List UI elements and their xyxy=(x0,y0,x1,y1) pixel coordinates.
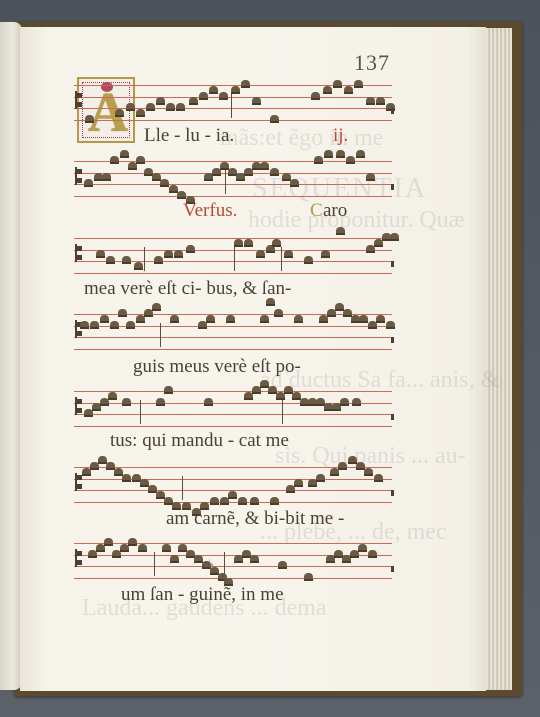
neume-note xyxy=(108,392,117,400)
neume-note xyxy=(134,262,143,270)
neume-note xyxy=(226,315,235,323)
neume-note xyxy=(364,468,373,476)
neume-note xyxy=(204,398,213,406)
neume-note xyxy=(260,315,269,323)
neume-note xyxy=(354,80,363,88)
neume-note xyxy=(206,315,215,323)
neume-note xyxy=(166,103,175,111)
neume-note xyxy=(177,191,186,199)
c-clef-icon xyxy=(75,167,83,185)
lyric-text: Verfus. xyxy=(183,200,237,222)
neume-note xyxy=(268,386,277,394)
staff-5 xyxy=(74,391,392,427)
neume-note xyxy=(110,321,119,329)
neume-note xyxy=(126,103,135,111)
neume-note xyxy=(304,573,313,581)
neume-note xyxy=(209,86,218,94)
bar-line xyxy=(231,94,232,118)
neume-note xyxy=(278,561,287,569)
staff-6 xyxy=(74,467,392,503)
neume-note xyxy=(162,544,171,552)
lyric-text: guis meus verè eſt po- xyxy=(133,356,301,378)
staff-7: ♭ xyxy=(74,543,392,579)
custos-icon xyxy=(391,414,394,420)
page-edges xyxy=(482,28,512,690)
staff-1 xyxy=(74,85,392,121)
neume-note xyxy=(304,256,313,264)
neume-note xyxy=(84,179,93,187)
neume-note xyxy=(274,309,283,317)
lyric-text: am carnẽ, & bi-bit me - xyxy=(166,508,344,530)
neume-note xyxy=(316,474,325,482)
neume-note xyxy=(126,321,135,329)
neume-note xyxy=(284,250,293,258)
neume-note xyxy=(122,256,131,264)
bar-line xyxy=(182,476,183,500)
folio-number: 137 xyxy=(354,50,390,76)
lyric-text: um ſan - guinẽ, in me xyxy=(121,584,284,606)
neume-note xyxy=(138,544,147,552)
staff-line xyxy=(74,414,392,415)
neume-note xyxy=(118,309,127,317)
neume-note xyxy=(210,497,219,505)
bar-line xyxy=(144,247,145,271)
show-through-text: sis. Qui panis ... au- xyxy=(275,443,466,470)
neume-note xyxy=(340,398,349,406)
staff-line xyxy=(74,120,392,121)
staff-line xyxy=(74,161,392,162)
neume-note xyxy=(160,179,169,187)
staff-line xyxy=(74,273,392,274)
neume-note xyxy=(170,315,179,323)
staff-line xyxy=(74,566,392,567)
c-clef-icon xyxy=(75,91,83,109)
neume-note xyxy=(311,92,320,100)
neume-note xyxy=(120,150,129,158)
neume-note xyxy=(176,103,185,111)
neume-note xyxy=(292,392,301,400)
staff-line xyxy=(74,502,392,503)
neume-note xyxy=(100,315,109,323)
bar-line xyxy=(234,247,235,271)
neume-note xyxy=(170,555,179,563)
neume-note xyxy=(356,150,365,158)
neume-note xyxy=(80,321,89,329)
neume-note xyxy=(244,239,253,247)
neume-note xyxy=(386,321,395,329)
c-clef-icon xyxy=(75,397,83,415)
lyric-text: C xyxy=(310,200,323,222)
neume-note xyxy=(152,303,161,311)
lyric-text: ij. xyxy=(333,125,348,147)
show-through-text: mãs:et ẽgo in me xyxy=(220,125,383,152)
neume-note xyxy=(85,115,94,123)
neume-note xyxy=(106,462,115,470)
bar-line xyxy=(281,247,282,271)
neume-note xyxy=(136,109,145,117)
neume-note xyxy=(178,544,187,552)
staff-line xyxy=(74,184,392,185)
neume-note xyxy=(154,256,163,264)
custos-icon xyxy=(391,566,394,572)
neume-note xyxy=(102,173,111,181)
staff-4 xyxy=(74,314,392,350)
neume-note xyxy=(164,386,173,394)
neume-note xyxy=(390,233,399,241)
neume-note xyxy=(333,80,342,88)
neume-note xyxy=(321,250,330,258)
neume-note xyxy=(96,250,105,258)
neume-note xyxy=(169,185,178,193)
neume-note xyxy=(122,398,131,406)
neume-note xyxy=(115,109,124,117)
flat-sign-icon: ♭ xyxy=(208,557,214,572)
show-through-text: hodie proponitur. Quæ xyxy=(248,207,465,234)
bar-line xyxy=(140,400,141,424)
neume-note xyxy=(199,92,208,100)
neume-note xyxy=(114,468,123,476)
neume-note xyxy=(356,462,365,470)
bar-line xyxy=(154,552,155,576)
neume-note xyxy=(272,239,281,247)
neume-note xyxy=(90,321,99,329)
neume-note xyxy=(250,497,259,505)
neume-note xyxy=(359,315,368,323)
lyric-text: mea verè eſt ci- bus, & ſan- xyxy=(84,278,291,300)
neume-note xyxy=(374,474,383,482)
neume-note xyxy=(156,97,165,105)
neume-note xyxy=(314,156,323,164)
neume-note xyxy=(324,150,333,158)
neume-note xyxy=(358,544,367,552)
neume-note xyxy=(323,86,332,94)
staff-line xyxy=(74,238,392,239)
neume-note xyxy=(228,491,237,499)
neume-note xyxy=(174,250,183,258)
neume-note xyxy=(336,150,345,158)
neume-note xyxy=(146,103,155,111)
neume-note xyxy=(241,80,250,88)
custos-icon xyxy=(391,490,394,496)
neume-note xyxy=(148,485,157,493)
lyric-text: Lle - lu - ia. xyxy=(144,125,234,147)
facing-page-edge xyxy=(0,22,22,690)
c-clef-icon xyxy=(75,244,83,262)
neume-note xyxy=(128,538,137,546)
staff-line xyxy=(74,97,392,98)
custos-icon xyxy=(391,184,394,190)
staff-3 xyxy=(74,238,392,274)
neume-note xyxy=(338,462,347,470)
staff-line xyxy=(74,250,392,251)
neume-note xyxy=(186,245,195,253)
neume-note xyxy=(270,115,279,123)
staff-line xyxy=(74,349,392,350)
staff-line xyxy=(74,578,392,579)
neume-note xyxy=(164,250,173,258)
neume-note xyxy=(346,156,355,164)
neume-note xyxy=(231,86,240,94)
custos-icon xyxy=(391,261,394,267)
neume-note xyxy=(234,239,243,247)
bar-line xyxy=(225,170,226,194)
neume-note xyxy=(284,386,293,394)
staff-2 xyxy=(74,161,392,197)
neume-note xyxy=(290,179,299,187)
neume-note xyxy=(220,162,229,170)
neume-note xyxy=(156,491,165,499)
neume-note xyxy=(294,315,303,323)
staff-line xyxy=(74,326,392,327)
neume-note xyxy=(352,398,361,406)
neume-note xyxy=(219,92,228,100)
neume-note xyxy=(294,479,303,487)
staff-line xyxy=(74,196,392,197)
neume-note xyxy=(122,474,131,482)
custos-icon xyxy=(391,108,394,114)
neume-note xyxy=(250,555,259,563)
neume-note xyxy=(189,97,198,105)
neume-note xyxy=(136,156,145,164)
neume-note xyxy=(252,97,261,105)
neume-note xyxy=(104,538,113,546)
neume-note xyxy=(376,97,385,105)
neume-note xyxy=(156,398,165,406)
lyric-text: tus: qui mandu - cat me xyxy=(110,430,289,452)
neume-note xyxy=(106,256,115,264)
staff-line xyxy=(74,426,392,427)
neume-note xyxy=(376,315,385,323)
neume-note xyxy=(336,227,345,235)
neume-note xyxy=(260,162,269,170)
c-clef-icon xyxy=(75,549,83,567)
bar-line xyxy=(282,400,283,424)
lyric-text: aro xyxy=(323,200,347,222)
neume-note xyxy=(270,168,279,176)
neume-note xyxy=(368,550,377,558)
neume-note xyxy=(366,173,375,181)
neume-note xyxy=(256,250,265,258)
neume-note xyxy=(366,97,375,105)
neume-note xyxy=(344,86,353,94)
custos-icon xyxy=(391,337,394,343)
neume-note xyxy=(270,497,279,505)
staff-line xyxy=(74,391,392,392)
neume-note xyxy=(343,309,352,317)
neume-note xyxy=(110,156,119,164)
neume-note xyxy=(238,497,247,505)
staff-line xyxy=(74,337,392,338)
bar-line xyxy=(160,323,161,347)
